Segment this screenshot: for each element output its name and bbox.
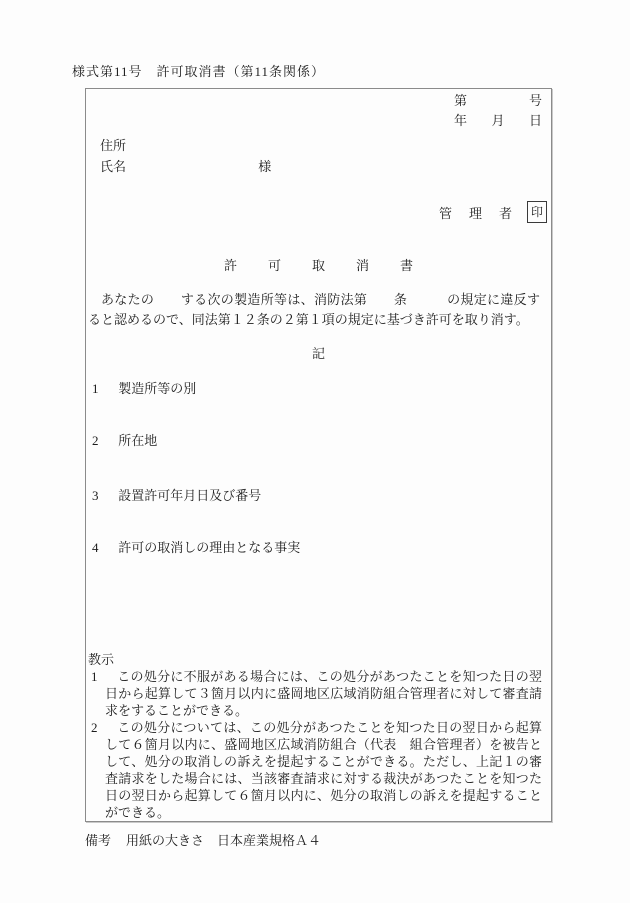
instruction-number: 1 — [91, 668, 117, 685]
doc-number-suffix: 号 — [529, 91, 542, 111]
manager-label: 管 理 者 — [439, 203, 514, 222]
recipient-block: 住所 氏名 様 — [100, 135, 271, 177]
item-number: 1 — [92, 381, 115, 397]
remarks-text: 用紙の大きさ 日本産業規格Ａ４ — [126, 833, 321, 848]
list-item-4: 4 許可の取消しの理由となる事実 — [92, 537, 300, 556]
instruction-item-1: 1この処分に不服がある場合には、この処分があつたことを知つた日の翌日から起算して… — [88, 668, 542, 719]
item-number: 3 — [92, 488, 115, 504]
instruction-item-2: 2この処分については、この処分があつたことを知つた日の翌日から起算して６箇月以内… — [88, 719, 542, 821]
list-item-3: 3 設置許可年月日及び番号 — [92, 485, 261, 504]
remarks-line: 備考用紙の大きさ 日本産業規格Ａ４ — [85, 830, 321, 849]
body-paragraph: あなたの する次の製造所等は、消防法第 条 の規定に違反すると認めるので、同法第… — [88, 290, 540, 330]
issuer-block: 管 理 者 印 — [439, 201, 547, 223]
name-label: 氏名 — [100, 156, 255, 177]
seal-box: 印 — [527, 201, 547, 223]
instruction-number: 2 — [91, 719, 117, 736]
list-item-1: 1 製造所等の別 — [92, 378, 196, 397]
seal-label: 印 — [531, 206, 543, 218]
doc-number-prefix: 第 — [454, 91, 467, 111]
honorific-label: 様 — [258, 159, 271, 174]
document-page: 様式第11号 許可取消書（第11条関係） 第 号 年 月 日 住所 氏名 様 管… — [0, 0, 630, 903]
item-label: 設置許可年月日及び番号 — [118, 488, 261, 503]
instructions-heading: 教示 — [88, 651, 542, 668]
date-month-label: 月 — [491, 111, 504, 131]
doc-number-line: 第 号 — [454, 91, 542, 111]
date-year-label: 年 — [454, 111, 467, 131]
remarks-label: 備考 — [85, 830, 113, 849]
date-day-label: 日 — [529, 111, 542, 131]
document-title: 許可取消書 — [86, 255, 551, 274]
item-number: 2 — [92, 433, 115, 449]
item-label: 所在地 — [118, 433, 157, 448]
date-line: 年 月 日 — [454, 111, 542, 131]
name-line: 氏名 様 — [100, 156, 271, 177]
instructions-section: 教示 1この処分に不服がある場合には、この処分があつたことを知つた日の翌日から起… — [88, 651, 542, 821]
item-label: 製造所等の別 — [118, 381, 196, 396]
list-item-2: 2 所在地 — [92, 430, 157, 449]
record-heading: 記 — [86, 343, 551, 362]
form-number-label: 様式第11号 許可取消書（第11条関係） — [72, 61, 325, 80]
document-border-box: 第 号 年 月 日 住所 氏名 様 管 理 者 印 許可取消書 あなたの する次… — [85, 88, 552, 822]
item-number: 4 — [92, 540, 115, 556]
address-label: 住所 — [100, 135, 271, 156]
item-label: 許可の取消しの理由となる事実 — [118, 540, 300, 555]
instruction-text: この処分に不服がある場合には、この処分があつたことを知つた日の翌日から起算して３… — [105, 669, 542, 718]
instruction-text: この処分については、この処分があつたことを知つた日の翌日から起算して６箇月以内に… — [105, 720, 542, 820]
number-date-block: 第 号 年 月 日 — [454, 91, 542, 131]
